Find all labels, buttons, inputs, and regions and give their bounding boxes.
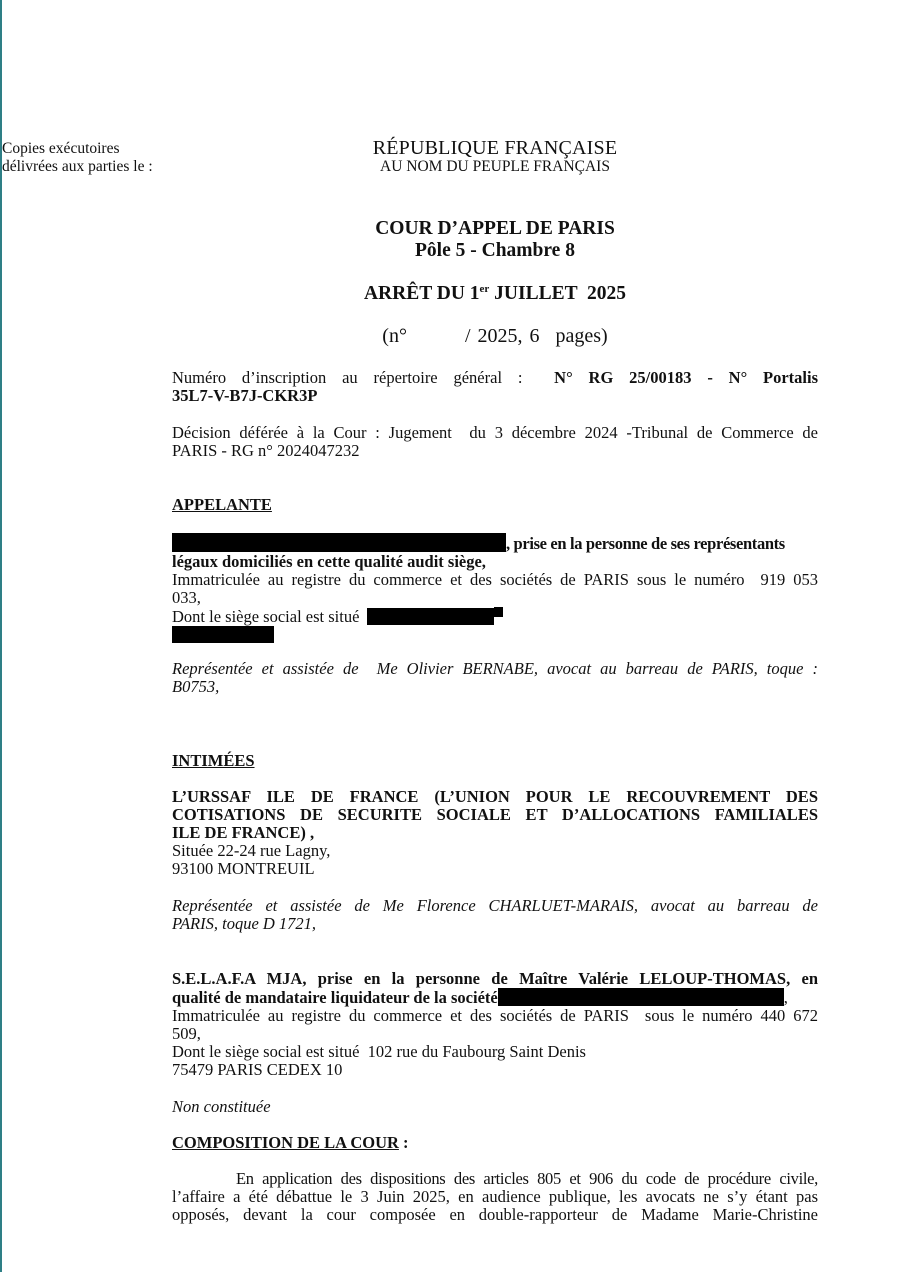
peuple-subtitle: AU NOM DU PEUPLE FRANÇAIS [45, 158, 900, 176]
arret-number: (n°/ 2025, 6pages) [45, 325, 900, 348]
section-appelante-heading: APPELANTE [172, 496, 818, 514]
intimee-urssaf: L’URSSAF ILE DE FRANCE (L’UNION POUR LE … [172, 788, 818, 878]
registry-number: Numéro d’inscription au répertoire génér… [172, 369, 818, 405]
page-left-border [0, 0, 2, 1272]
decision-deferee: Décision déférée à la Cour : Jugement du… [172, 424, 818, 460]
redacted-address-line-2 [172, 626, 274, 643]
mja-status: Non constituée [172, 1098, 818, 1116]
redacted-company-name [172, 533, 506, 552]
redacted-address-fragment [494, 607, 503, 617]
composition-paragraph: En application des dispositions des arti… [172, 1170, 818, 1224]
chamber-name: Pôle 5 - Chambre 8 [45, 240, 900, 262]
court-name: COUR D’APPEL DE PARIS [45, 218, 900, 240]
appelante-counsel: Représentée et assistée de Me Olivier BE… [172, 660, 818, 696]
arret-date: ARRÊT DU 1er JUILLET 2025 [45, 283, 900, 305]
intimee-mja: S.E.L.A.F.A MJA, prise en la personne de… [172, 970, 818, 1079]
section-composition-heading: COMPOSITION DE LA COUR : [172, 1134, 818, 1152]
redacted-company-name-2 [498, 988, 784, 1006]
urssaf-counsel: Représentée et assistée de Me Florence C… [172, 897, 818, 933]
section-intimees-heading: INTIMÉES [172, 752, 818, 770]
republic-title: RÉPUBLIQUE FRANÇAISE [45, 137, 900, 160]
appelante-party: , prise en la personne de ses représenta… [172, 533, 818, 644]
redacted-address [367, 608, 494, 625]
